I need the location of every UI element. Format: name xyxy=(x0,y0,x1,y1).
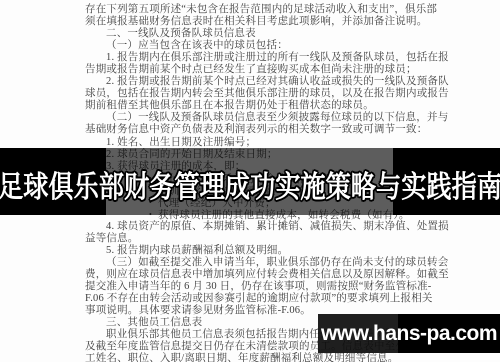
document-line: 5. 报告期内球员薪酬福利总额及明细。 xyxy=(85,245,453,257)
document-line: 存在下列第五项所述“未包含在报告范围内的足球活动收入和支出”，俱乐部 xyxy=(85,4,453,16)
banner-title: 足球俱乐部财务管理成功实施策略与实践指南 xyxy=(40,148,460,215)
document-line: 二、一线队及预备队球员信息表 xyxy=(85,28,453,40)
article-image: 存在下列第五项所述“未包含在报告范围内的足球活动收入和支出”，俱乐部须在填报基础… xyxy=(0,0,500,362)
document-line: 2. 报告期或报告期前某个时点已经对其确认收益或损失的一线队及预备队 xyxy=(85,76,453,88)
document-line: （一）应当包含在该表中的球员包括： xyxy=(85,40,453,52)
document-line: F.06 不存在由转会活动或因参赛引起的逾期应付款项”的要求填列上报相关 xyxy=(85,293,453,305)
document-line: （二）一线队及预备队球员信息表至少须披露每位球员的以下信息，并与 xyxy=(85,112,453,124)
watermark-box: www.hans-pa.com xyxy=(318,314,500,353)
document-line: （三）如截至提交准入申请当年，职业俱乐部仍存在尚未支付的球员转会 xyxy=(85,257,453,269)
watermark-url: www.hans-pa.com xyxy=(321,322,497,346)
document-line: 须在填报基础财务信息表时在相关科目考虑此项影响，并添加备注说明。 xyxy=(85,16,453,28)
document-line: 工姓名、职位、入职/离职日期、年度薪酬福利总额及明细等信息。 xyxy=(85,353,453,362)
document-line: 1. 姓名、出生日期及注册编号； xyxy=(85,137,453,149)
document-line: 告期或报告期前某个时点已经发生了直接购买成本但尚未注册的球员； xyxy=(85,64,453,76)
document-line: 1. 报告期内在俱乐部注册或注册过的所有一线队及预备队球员，包括在报 xyxy=(85,52,453,64)
document-line: 期前租借至其他俱乐部且在本报告期仍处于租借状态的球员。 xyxy=(85,100,453,112)
document-line: 费，则应在球员信息表中增加填列应付转会费相关信息以及原因解释。如截至 xyxy=(85,269,453,281)
document-line: 益等信息。 xyxy=(85,233,453,245)
document-line: 提交准入申请当年的 6 月 30 日，仍存在该事项，则需按照“财务监管标准- xyxy=(85,281,453,293)
document-line: 球员，包括在报告期内转会至其他俱乐部注册的球员，以及在报告期内或报告 xyxy=(85,88,453,100)
title-banner: 足球俱乐部财务管理成功实施策略与实践指南 xyxy=(0,148,500,215)
document-line: 基础财务信息中资产负债表及利润表列示的相关数字一致或可调节一致： xyxy=(85,124,453,136)
document-line: 4. 球员资产的原值、本期摊销、累计摊销、减值损失、期末净值、处置损 xyxy=(85,221,453,233)
